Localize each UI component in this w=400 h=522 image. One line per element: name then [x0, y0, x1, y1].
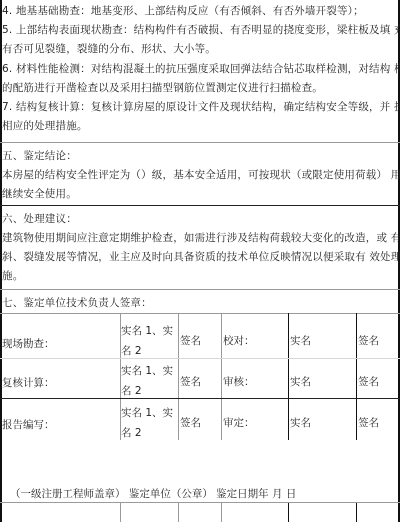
item-7-continuation: 相应的处理措施。 — [2, 118, 88, 133]
role-label-2: 校对： — [223, 333, 255, 348]
real-names: 实名 1、实 — [121, 363, 173, 378]
signature-field[interactable]: 签名 — [180, 415, 201, 430]
real-names-continued: 名 2 — [121, 383, 142, 398]
divider — [0, 289, 400, 290]
row-divider — [0, 398, 400, 399]
appraisal-report-page: 4. 地基基础勘查：地基变形、上部结构反应（有否倾斜、有否外墙开裂等）； 5. … — [0, 0, 400, 522]
role-label-2: 审核： — [223, 374, 255, 389]
section-5-conclusion-line-1: 本房屋的结构安全性评定为（）级，基本安全适用，可按现状（或限定使用荷载） 用途 — [2, 167, 400, 182]
section-5-conclusion-line-2: 继续安全使用。 — [2, 186, 77, 201]
signature-field-2[interactable]: 签名 — [358, 415, 379, 430]
real-name-2: 实名 — [290, 415, 311, 430]
real-names: 实名 1、实 — [121, 405, 173, 420]
section-6-suggestion-line-3: 施。 — [2, 268, 23, 283]
role-label: 复核计算： — [2, 375, 55, 390]
signature-field-2[interactable]: 签名 — [358, 333, 379, 348]
item-5-superstructure-survey: 5. 上部结构表面现状勘查：结构构件有否破损、有否明显的挠度变形，梁柱板及填 充… — [2, 22, 400, 37]
stamp-caption: （一级注册工程师盖章） 鉴定单位（公章） 鉴定日期年 月 日 — [10, 486, 296, 501]
signature-field-2[interactable]: 签名 — [358, 374, 379, 389]
section-5-heading: 五、鉴定结论： — [2, 148, 77, 163]
real-names-continued: 名 2 — [121, 425, 142, 440]
row-divider — [0, 358, 400, 359]
section-7-heading: 七、鉴定单位技术负责人签章： — [2, 295, 152, 310]
signature-field[interactable]: 签名 — [180, 333, 201, 348]
role-label: 报告编写： — [2, 417, 55, 432]
item-6-continuation: 的配筋进行开凿检查以及采用扫描型钢筋位置测定仪进行扫描检查。 — [2, 80, 323, 95]
signature-field[interactable]: 签名 — [180, 374, 201, 389]
section-6-suggestion-line-1: 建筑物使用期间应注意定期维护检查，如需进行涉及结构荷载较大变化的改造，或 有倾 — [2, 230, 400, 245]
role-label-2: 审定： — [223, 415, 255, 430]
item-6-material-testing: 6. 材料性能检测：对结构混凝土的抗压强度采取回弹法结合钻芯取样检测，对结构 构… — [2, 61, 400, 76]
real-names: 实名 1、实 — [121, 323, 173, 338]
divider — [0, 502, 400, 503]
divider — [0, 142, 400, 143]
real-name-2: 实名 — [290, 374, 311, 389]
divider — [0, 205, 400, 206]
section-6-suggestion-line-2: 斜、裂缝发展等情况，业主应及时向具备资质的技术单位反映情况以便采取有 效处理措 — [2, 249, 400, 264]
item-5-continuation: 有否可见裂缝，裂缝的分布、形状、大小等。 — [2, 41, 216, 56]
role-label: 现场勘查： — [2, 336, 55, 351]
item-7-structural-recheck: 7. 结构复核计算：复核计算房屋的原设计文件及现状结构，确定结构安全等级，并 提… — [2, 99, 400, 114]
section-6-heading: 六、处理建议： — [2, 211, 77, 226]
real-names-continued: 名 2 — [121, 343, 142, 358]
item-4-foundation-survey: 4. 地基基础勘查：地基变形、上部结构反应（有否倾斜、有否外墙开裂等）； — [2, 3, 364, 18]
divider — [0, 313, 400, 314]
real-name-2: 实名 — [290, 333, 311, 348]
